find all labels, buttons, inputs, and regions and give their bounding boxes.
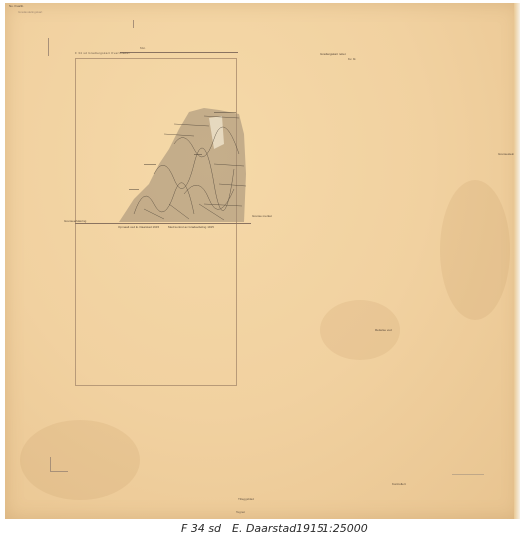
- scale-bar-label: Mst.: [140, 46, 146, 50]
- paper-stain: [20, 420, 140, 500]
- corner-tick: [50, 457, 51, 471]
- bottom-right-line: [452, 474, 484, 475]
- relief-baseline: [75, 223, 251, 224]
- terrain-relief: [114, 104, 249, 224]
- right-corner-note: Grense merket: [252, 214, 272, 218]
- year-label: 1915: [296, 522, 324, 535]
- top-left-sub: Gradavdelingskart: [18, 10, 42, 14]
- corner-tick: [50, 471, 68, 472]
- top-right-note: Gradteigskart rettet: [320, 52, 346, 56]
- sheet-id-label: F 34 sd: [181, 522, 221, 535]
- center-right-note: Rettelse ved: [375, 328, 392, 332]
- frame-title: F 34 sd Gradteigskart Kvartbladet: [75, 51, 130, 55]
- caption-right: Med kontrol av Gradavdeling 1915: [168, 225, 214, 229]
- bottom-right-note: Kontrollert: [392, 482, 406, 486]
- corner-tick: [48, 38, 49, 56]
- caption-left: Opmaalt ved E. Daarstad 1915: [118, 225, 159, 229]
- left-corner-note: Grenseerklæring: [64, 219, 86, 223]
- footer-line1: Tilleggsblad: [238, 497, 254, 501]
- top-left-note: No. Kvartb.: [9, 4, 24, 8]
- scale-bar: [120, 52, 238, 53]
- right-middle-note: Grensestein: [498, 152, 514, 156]
- top-right-sub: Kv. bl.: [348, 57, 356, 61]
- corner-tick: [133, 20, 134, 28]
- surveyor-label: E. Daarstad: [232, 522, 296, 535]
- scale-label: 1:25000: [322, 522, 368, 535]
- footer-line2: Tegnet: [236, 510, 245, 514]
- sheet-edge: [514, 3, 520, 519]
- paper-stain: [440, 180, 510, 320]
